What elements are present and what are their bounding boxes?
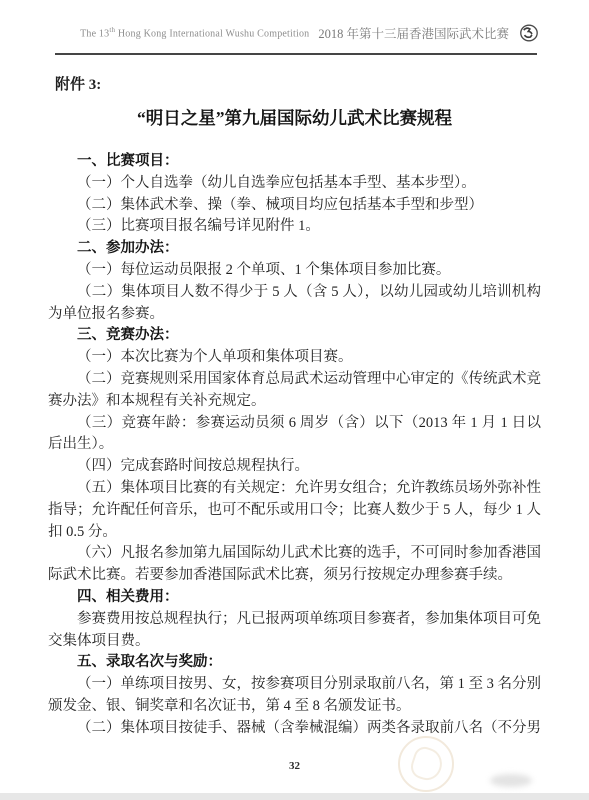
paragraph: （三）竞赛年龄：参赛运动员须 6 周岁（含）以下（2013 年 1 月 1 日以…	[48, 413, 541, 457]
scan-bottom-edge	[0, 793, 589, 800]
paragraph: （三）比赛项目报名编号详见附件 1。	[48, 216, 541, 238]
document-body: 一、比赛项目：（一）个人自选拳（幼儿自选拳应包括基本手型、基本步型）。（二）集体…	[48, 151, 541, 740]
paragraph: 二、参加办法：	[48, 238, 541, 260]
paragraph: （五）集体项目比赛的有关规定：允许男女组合；允许教练员场外弥补性指导；允许配任何…	[48, 478, 541, 543]
paragraph: （六）凡报名参加第九届国际幼儿武术比赛的选手，不可同时参加香港国际武术比赛。若要…	[48, 543, 541, 587]
paragraph: 四、相关费用：	[48, 587, 541, 609]
header-title-chinese: 2018 年第十三届香港国际武术比赛	[318, 24, 509, 42]
page-number: 32	[0, 760, 589, 772]
header-divider	[55, 53, 537, 55]
paragraph: 三、竞赛办法：	[48, 325, 541, 347]
header-en-prefix: The 13	[80, 29, 109, 40]
scan-smudge	[490, 774, 532, 787]
document-content: 附件 3: “明日之星”第九届国际幼儿武术比赛规程 一、比赛项目：（一）个人自选…	[48, 71, 541, 740]
page-header: The 13th Hong Kong International Wushu C…	[0, 23, 539, 43]
wushu-competition-emblem-icon	[518, 23, 539, 43]
header-en-rest: Hong Kong International Wushu Competitio…	[115, 29, 309, 40]
paragraph: 参赛费用按总规程执行；凡已报两项单练项目参赛者，参加集体项目可免交集体项目费。	[48, 609, 541, 653]
document-page: The 13th Hong Kong International Wushu C…	[0, 0, 589, 800]
paragraph: （四）完成套路时间按总规程执行。	[48, 456, 541, 478]
paragraph: （一）个人自选拳（幼儿自选拳应包括基本手型、基本步型）。	[48, 173, 541, 195]
paragraph: （二）竞赛规则采用国家体育总局武术运动管理中心审定的《传统武术竞赛办法》和本规程…	[48, 369, 541, 413]
paragraph: （二）集体武术拳、操（拳、械项目均应包括基本手型和步型）	[48, 195, 541, 217]
paragraph: 一、比赛项目：	[48, 151, 541, 173]
paragraph: （一）每位运动员限报 2 个单项、1 个集体项目参加比赛。	[48, 260, 541, 282]
paragraph: （二）集体项目按徒手、器械（含拳械混编）两类各录取前八名（不分男	[48, 718, 541, 740]
document-title: “明日之星”第九届国际幼儿武术比赛规程	[48, 105, 541, 130]
paragraph: （二）集体项目人数不得少于 5 人（含 5 人），以幼儿园或幼儿培训机构为单位报…	[48, 282, 541, 326]
paragraph: 五、录取名次与奖励：	[48, 652, 541, 674]
attachment-label: 附件 3:	[55, 71, 541, 94]
header-title-english: The 13th Hong Kong International Wushu C…	[80, 26, 309, 39]
paragraph: （一）单练项目按男、女，按参赛项目分别录取前八名，第 1 至 3 名分别颁发金、…	[48, 674, 541, 718]
paragraph: （一）本次比赛为个人单项和集体项目赛。	[48, 347, 541, 369]
